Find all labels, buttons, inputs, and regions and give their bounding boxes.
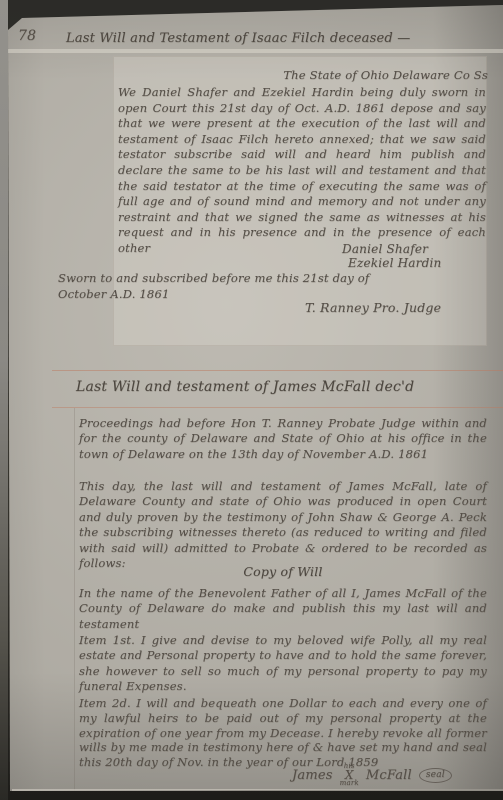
record1-venue: The State of Ohio Delaware Co Ss xyxy=(230,68,488,82)
judge-signature: T. Ranney Pro. Judge xyxy=(305,300,441,315)
ledger-photo: 78 Last Will and Testament of Isaac Filc… xyxy=(0,0,503,800)
page-bottom-edge xyxy=(12,789,503,791)
red-ruled-line-top xyxy=(52,370,503,371)
testator-first-name: James xyxy=(292,768,333,783)
left-margin-line xyxy=(74,408,75,794)
witness-signature-ezekiel-hardin: Ezekiel Hardin xyxy=(348,256,441,270)
testator-last-name: McFall xyxy=(366,768,412,783)
will-preamble-text: In the name of the Benevolent Father of … xyxy=(79,586,487,632)
will-item2-text: Item 2d. I will and bequeath one Dollar … xyxy=(79,696,487,770)
his-mark-x: his X mark xyxy=(340,763,359,787)
record2-probate-text: This day, the last will and testament of… xyxy=(79,479,487,571)
testator-signature-row: James his X mark McFall seal xyxy=(292,763,452,787)
mark-label-mark: mark xyxy=(340,780,359,787)
record1-heading: Last Will and Testament of Isaac Filch d… xyxy=(66,31,446,46)
page-number: 78 xyxy=(18,28,36,44)
faint-ruled-line xyxy=(0,49,503,53)
record-book-page: 78 Last Will and Testament of Isaac Filc… xyxy=(0,0,503,800)
record2-heading: Last Will and testament of James McFall … xyxy=(76,379,476,395)
record1-affidavit-text: We Daniel Shafer and Ezekiel Hardin bein… xyxy=(118,85,486,257)
red-ruled-line-bottom xyxy=(52,407,503,408)
seal-mark: seal xyxy=(419,768,452,783)
will-item1-text: Item 1st. I give and devise to my belove… xyxy=(79,633,487,695)
book-spine-edge xyxy=(0,0,8,800)
copy-of-will-heading: Copy of Will xyxy=(79,564,487,579)
record1-jurat: Sworn to and subscribed before me this 2… xyxy=(58,271,410,302)
record2-proceedings-text: Proceedings had before Hon T. Ranney Pro… xyxy=(79,416,487,462)
witness-signature-daniel-shafer: Daniel Shafer xyxy=(342,242,428,256)
